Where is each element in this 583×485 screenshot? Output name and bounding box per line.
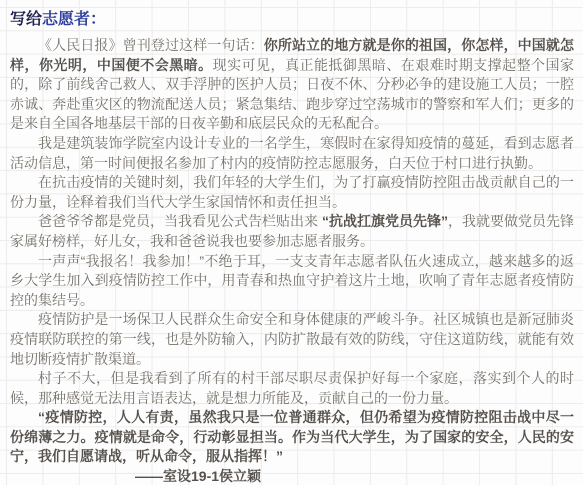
title-addressee: 志愿者： xyxy=(42,11,106,28)
text-run: 村子不大，但是我看到了所有的村干部尽职尽责保护好每一个家庭，落实到个人的时候，那… xyxy=(10,370,574,406)
paragraph: 《人民日报》曾刊登过这样一句话：你所站立的地方就是你的祖国，你怎样，中国就怎样，… xyxy=(10,36,574,134)
paragraph: 一声声“我报名！我参加！”不绝于耳，一支支青年志愿者队伍火速成立，越来越多的返乡… xyxy=(10,252,574,311)
text-run: 《人民日报》曾刊登过这样一句话： xyxy=(38,37,264,53)
text-run: 在抗击疫情的关键时刻，我们年轻的大学生们，为了打赢疫情防控阻击战贡献自己的一份力… xyxy=(10,174,574,210)
paragraph: 爸爸爷爷都是党员，当我看见公式告栏贴出来 “抗战扛旗党员先锋”，我就要做党员先锋… xyxy=(10,212,574,251)
letter-page: 写给志愿者： 《人民日报》曾刊登过这样一句话：你所站立的地方就是你的祖国，你怎样… xyxy=(0,0,583,485)
text-run: 一声声“我报名！我参加！”不绝于耳，一支支青年志愿者队伍火速成立，越来越多的返乡… xyxy=(10,253,574,308)
signature-line: ——室设19-1侯立颖 xyxy=(10,467,574,485)
paragraph: “疫情防控，人人有责，虽然我只是一位普通群众，但仍希望为疫情防控阻击战中尽一份绵… xyxy=(10,408,574,467)
text-run: 疫情防护是一场保卫人民群众生命安全和身体健康的严峻斗争。社区城镇也是新冠肺炎疫情… xyxy=(10,311,574,366)
paragraph: 村子不大，但是我看到了所有的村干部尽职尽责保护好每一个家庭，落实到个人的时候，那… xyxy=(10,369,574,408)
text-run: 爸爸爷爷都是党员，当我看见公式告栏贴出来 xyxy=(38,213,322,229)
paragraph: 我是建筑装饰学院室内设计专业的一名学生，寒假时在家得知疫情的蔓延，看到志愿者活动… xyxy=(10,134,574,173)
text-run: 我是建筑装饰学院室内设计专业的一名学生，寒假时在家得知疫情的蔓延，看到志愿者活动… xyxy=(10,135,574,171)
bold-text-run: “疫情防控，人人有责，虽然我只是一位普通群众，但仍希望为疫情防控阻击战中尽一份绵… xyxy=(10,409,574,464)
bold-text-run: “抗战扛旗党员先锋” xyxy=(322,213,448,229)
paragraph: 疫情防护是一场保卫人民群众生命安全和身体健康的严峻斗争。社区城镇也是新冠肺炎疫情… xyxy=(10,310,574,369)
title-prefix: 写给 xyxy=(10,11,42,28)
letter-body: 《人民日报》曾刊登过这样一句话：你所站立的地方就是你的祖国，你怎样，中国就怎样，… xyxy=(10,36,574,467)
paragraph: 在抗击疫情的关键时刻，我们年轻的大学生们，为了打赢疫情防控阻击战贡献自己的一份力… xyxy=(10,173,574,212)
page-title: 写给志愿者： xyxy=(10,9,574,31)
